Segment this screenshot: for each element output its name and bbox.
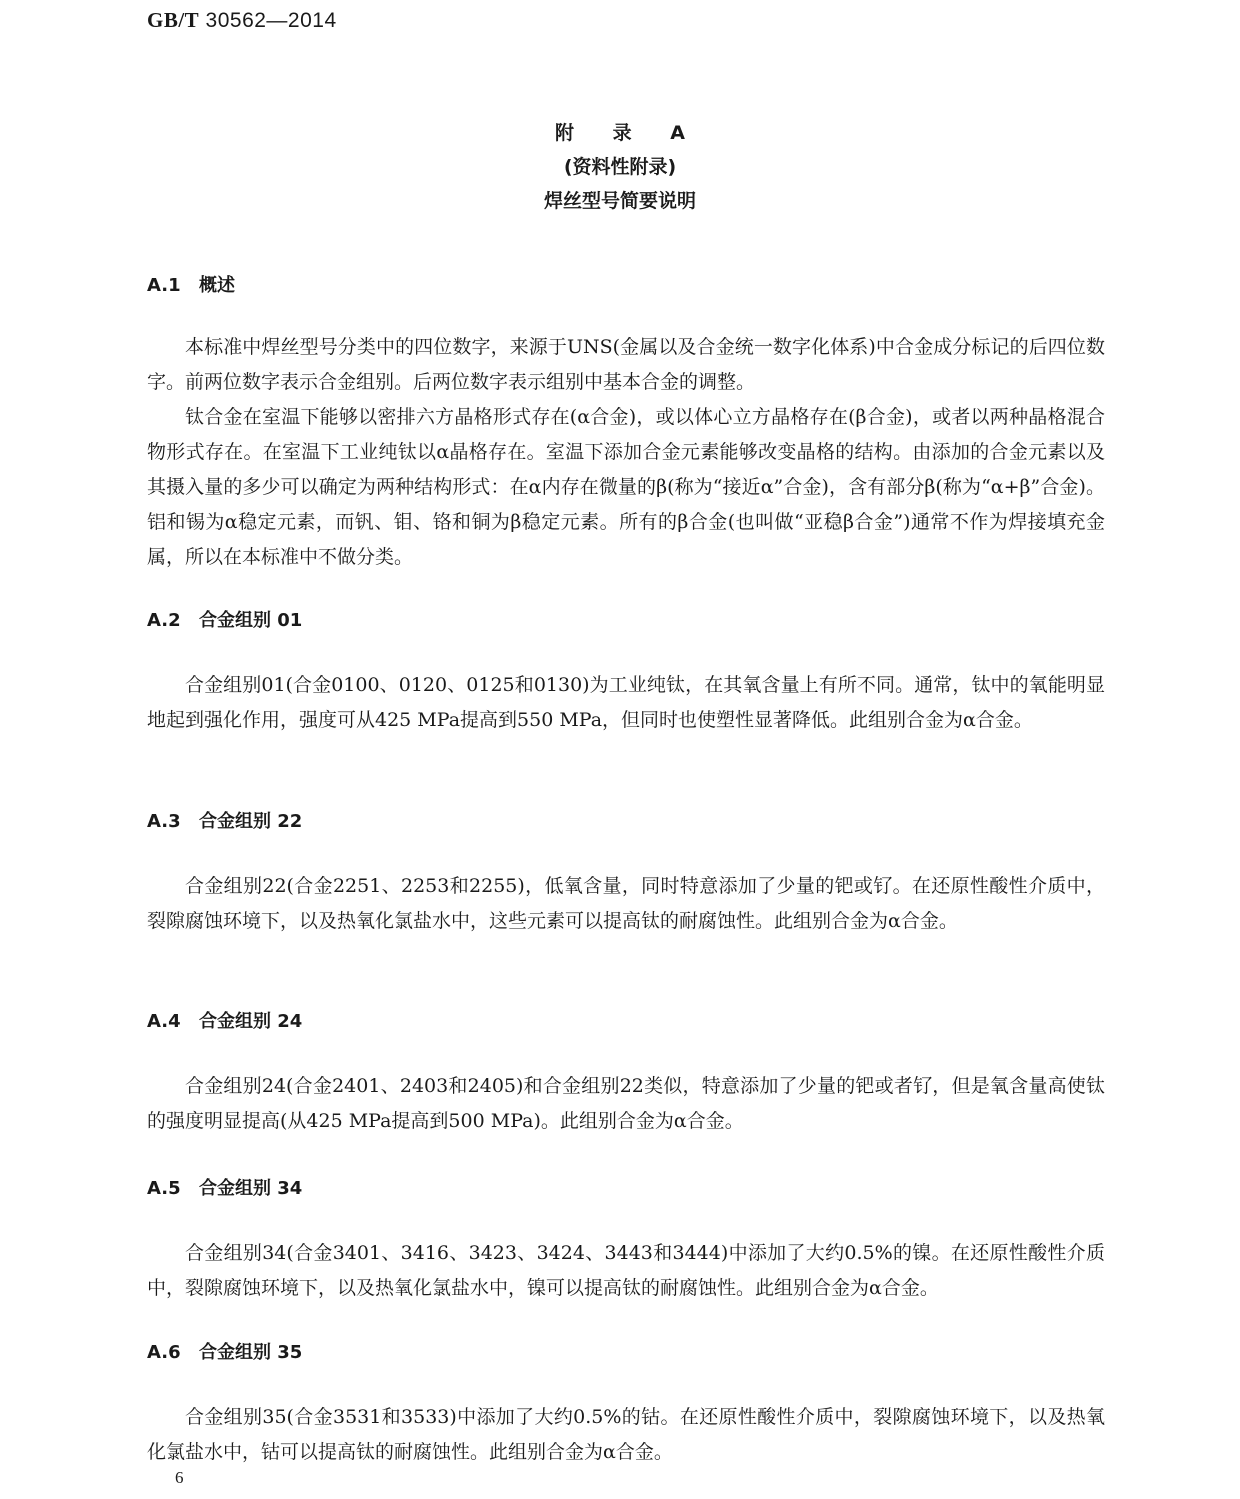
paragraph: 合金组别22(合金2251、2253和2255)，低氧含量，同时特意添加了少量的… [147,869,1105,939]
section-title: 概述 [199,275,235,296]
section-title: 合金组别 22 [199,811,302,832]
standard-prefix: GB/T [147,8,199,32]
section-title: 合金组别 24 [199,1011,302,1032]
paragraph: 合金组别01(合金0100、0120、0125和0130)为工业纯钛，在其氧含量… [147,668,1105,738]
appendix-subject: 焊丝型号简要说明 [0,184,1240,218]
paragraph: 合金组别24(合金2401、2403和2405)和合金组别22类似，特意添加了少… [147,1069,1105,1139]
section-title: 合金组别 35 [199,1342,302,1363]
section-number: A.3 [147,810,199,834]
section-number: A.2 [147,609,199,633]
section-heading-a4: A.4合金组别 24 [147,1010,302,1034]
paragraph: 本标准中焊丝型号分类中的四位数字，来源于UNS(金属以及合金统一数字化体系)中合… [147,330,1105,400]
paragraph: 合金组别35(合金3531和3533)中添加了大约0.5%的钴。在还原性酸性介质… [147,1400,1105,1470]
appendix-type: (资料性附录) [0,150,1240,184]
section-number: A.5 [147,1177,199,1201]
section-number: A.4 [147,1010,199,1034]
appendix-label: 附 录 A [0,116,1240,150]
page-number: 6 [175,1468,184,1488]
section-heading-a6: A.6合金组别 35 [147,1341,302,1365]
section-title: 合金组别 01 [199,610,302,631]
paragraph: 钛合金在室温下能够以密排六方晶格形式存在(α合金)，或以体心立方晶格存在(β合金… [147,400,1105,575]
section-number: A.6 [147,1341,199,1365]
section-heading-a2: A.2合金组别 01 [147,609,302,633]
section-heading-a5: A.5合金组别 34 [147,1177,302,1201]
standard-number: 30562—2014 [206,9,337,32]
appendix-title-block: 附 录 A (资料性附录) 焊丝型号简要说明 [0,116,1240,218]
section-title: 合金组别 34 [199,1178,302,1199]
section-heading-a3: A.3合金组别 22 [147,810,302,834]
section-heading-a1: A.1概述 [147,274,235,298]
section-number: A.1 [147,274,199,298]
standard-code: GB/T 30562—2014 [147,8,337,33]
paragraph: 合金组别34(合金3401、3416、3423、3424、3443和3444)中… [147,1236,1105,1306]
